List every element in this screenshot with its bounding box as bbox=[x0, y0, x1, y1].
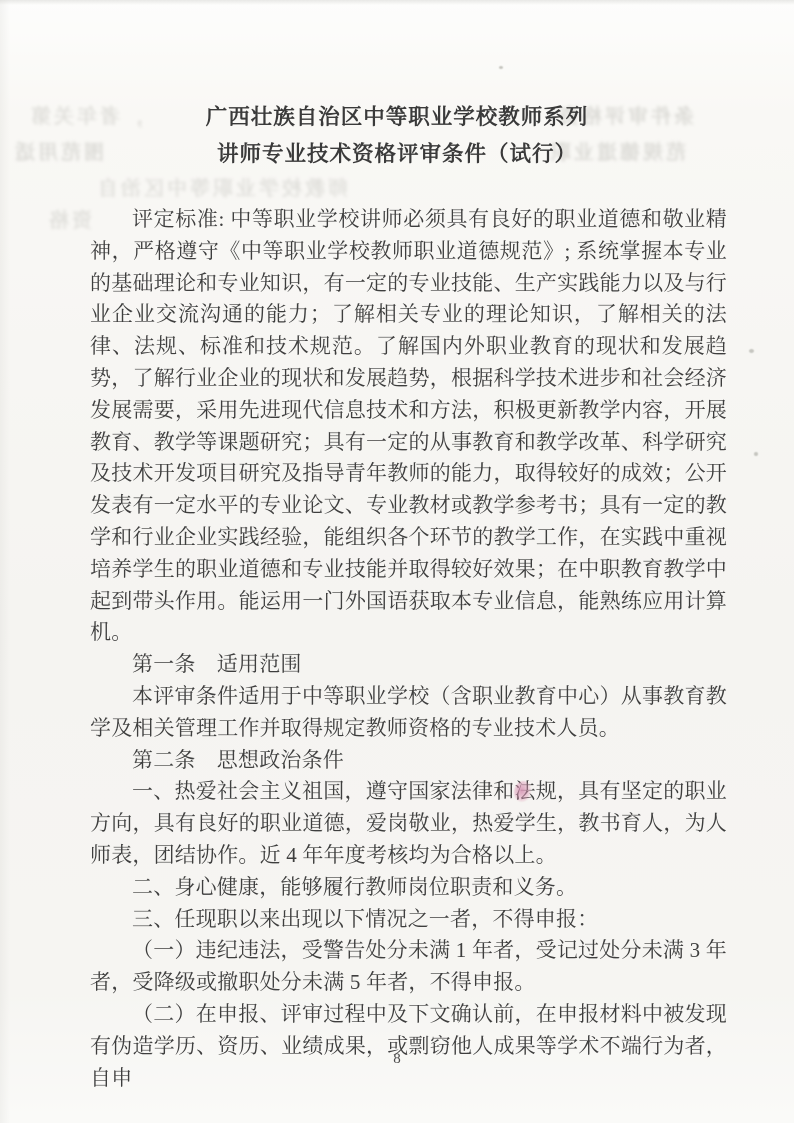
bleedthrough-line: 师教校学业职等中区治自 bbox=[95, 172, 348, 201]
scan-speck bbox=[749, 349, 754, 353]
scanned-document-page: 条件审评格资范规德道业职围范用适师教校学业职等中区治自，者年关第资格 广西壮族自… bbox=[0, 0, 794, 1123]
article-2-item-3-sub-1: （一）违纪违法，受警告处分未满 1 年者，受记过处分未满 3 年者，受降级或撤职… bbox=[90, 935, 727, 999]
article-1-body: 本评审条件适用于中等职业学校（含职业教育中心）从事教育教学及相关管理工作并取得规… bbox=[90, 681, 727, 745]
article-2-item-2: 二、身心健康，能够履行教师岗位职责和义务。 bbox=[90, 872, 727, 904]
article-2-item-1: 一、热爱社会主义祖国，遵守国家法律和法规，具有坚定的职业方向，具有良好的职业道德… bbox=[90, 776, 727, 871]
evaluation-standards-paragraph: 评定标准: 中等职业学校讲师必须具有良好的职业道德和敬业精神，严格遵守《中等职业… bbox=[90, 204, 727, 649]
article-2-item-3: 三、任现职以来出现以下情况之一者，不得申报： bbox=[90, 904, 727, 936]
scan-speck bbox=[499, 66, 503, 69]
document-title-line-2: 讲师专业技术资格评审条件（试行） bbox=[0, 136, 794, 173]
article-2-item-3-sub-2: （二）在申报、评审过程中及下文确认前，在申报材料中被发现有伪造学历、资历、业绩成… bbox=[90, 999, 727, 1094]
document-title-line-1: 广西壮族自治区中等职业学校教师系列 bbox=[0, 99, 794, 136]
document-title: 广西壮族自治区中等职业学校教师系列 讲师专业技术资格评审条件（试行） bbox=[0, 99, 794, 173]
scan-speck bbox=[754, 452, 758, 456]
article-2-heading: 第二条 思想政治条件 bbox=[90, 745, 727, 777]
page-number: 8 bbox=[393, 1051, 401, 1067]
bleedthrough-line: 资格 bbox=[46, 204, 92, 233]
article-1-heading: 第一条 适用范围 bbox=[90, 649, 727, 681]
document-body: 评定标准: 中等职业学校讲师必须具有良好的职业道德和敬业精神，严格遵守《中等职业… bbox=[90, 204, 727, 1094]
page-footer: 8 bbox=[0, 1050, 794, 1068]
